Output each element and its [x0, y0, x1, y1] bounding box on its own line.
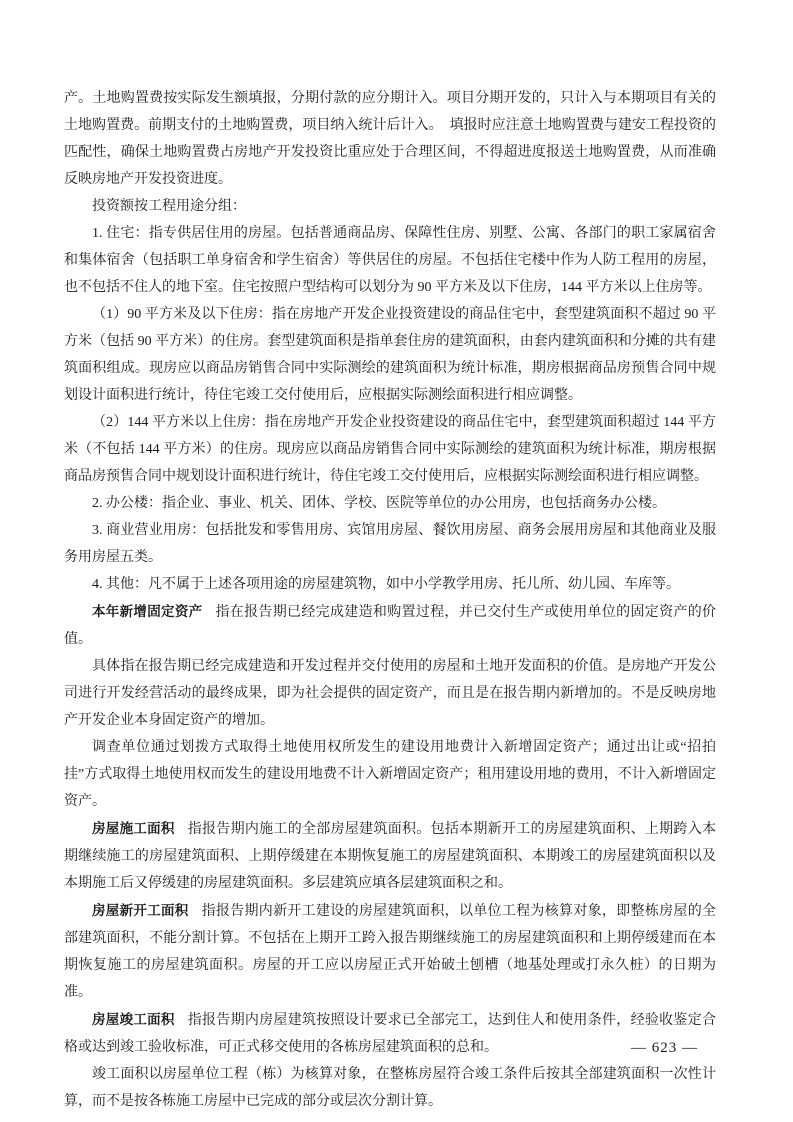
page-number: — 623 —	[631, 1040, 698, 1056]
definition-new-fixed-assets: 本年新增固定资产指在报告期已经完成建造和购置过程，并已交付生产或使用单位的固定资…	[64, 598, 716, 653]
paragraph-text: 具体指在报告期已经完成建造和开发过程并交付使用的房屋和土地开发面积的价值。是房地…	[64, 659, 716, 728]
definition-construction-area: 房屋施工面积指报告期内施工的全部房屋建筑面积。包括本期新开工的房屋建筑面积、上期…	[64, 815, 716, 897]
item-residential-90-below: （1）90 平方米及以下住房：指在房地产开发企业投资建设的商品住宅中，套型建筑面…	[64, 301, 716, 409]
page-footer: — 623 —	[631, 1038, 698, 1058]
paragraph-text: 竣工面积以房屋单位工程（栋）为核算对象，在整栋房屋符合竣工条件后按其全部建筑面积…	[64, 1067, 716, 1109]
definition-term: 本年新增固定资产	[92, 604, 202, 619]
item-residential: 1. 住宅：指专供居住用的房屋。包括普通商品房、保障性住房、别墅、公寓、各部门的…	[64, 220, 716, 301]
paragraph-text: 投资额按工程用途分组：	[92, 199, 246, 214]
item-commercial-building: 3. 商业营业用房：包括批发和零售用房、宾馆用房屋、餐饮用房屋、商务会展用房屋和…	[64, 517, 716, 571]
definition-term: 房屋竣工面积	[92, 1012, 175, 1027]
paragraph-text: （1）90 平方米及以下住房：指在房地产开发企业投资建设的商品住宅中，套型建筑面…	[64, 307, 716, 403]
paragraph-text: 4. 其他：凡不属于上述各项用途的房屋建筑物，如中小学教学用房、托儿所、幼儿园、…	[92, 577, 680, 592]
paragraph-new-fixed-assets-detail: 具体指在报告期已经完成建造和开发过程并交付使用的房屋和土地开发面积的价值。是房地…	[64, 653, 716, 734]
paragraph-text: （2）144 平方米以上住房：指在房地产开发企业投资建设的商品住宅中，套型建筑面…	[64, 415, 716, 484]
paragraph-text: 1. 住宅：指专供居住用的房屋。包括普通商品房、保障性住房、别墅、公寓、各部门的…	[64, 226, 716, 295]
paragraph-completion-calculation: 竣工面积以房屋单位工程（栋）为核算对象，在整栋房屋符合竣工条件后按其全部建筑面积…	[64, 1061, 716, 1115]
definition-term: 房屋施工面积	[92, 821, 175, 836]
document-body: 产。土地购置费按实际发生额填报，分期付款的应分期计入。项目分期开发的，只计入与本…	[64, 85, 716, 1115]
definition-term: 房屋新开工面积	[92, 903, 189, 918]
paragraph-text: 2. 办公楼：指企业、事业、机关、团体、学校、医院等单位的办公用房，也包括商务办…	[92, 496, 666, 511]
paragraph-text: 3. 商业营业用房：包括批发和零售用房、宾馆用房屋、餐饮用房屋、商务会展用房屋和…	[64, 523, 716, 565]
paragraph-text: 调查单位通过划拨方式取得土地使用权所发生的建设用地费计入新增固定资产；通过出让或…	[64, 740, 716, 809]
item-office-building: 2. 办公楼：指企业、事业、机关、团体、学校、医院等单位的办公用房，也包括商务办…	[64, 490, 716, 517]
paragraph-land-use-fee-rule: 调查单位通过划拨方式取得土地使用权所发生的建设用地费计入新增固定资产；通过出让或…	[64, 734, 716, 815]
paragraph-land-purchase-fee: 产。土地购置费按实际发生额填报，分期付款的应分期计入。项目分期开发的，只计入与本…	[64, 85, 716, 193]
item-other-building: 4. 其他：凡不属于上述各项用途的房屋建筑物，如中小学教学用房、托儿所、幼儿园、…	[64, 571, 716, 598]
paragraph-text: 指报告期内新开工建设的房屋建筑面积，以单位工程为核算对象，即整栋房屋的全部建筑面…	[64, 904, 716, 1000]
definition-completed-area: 房屋竣工面积指报告期内房屋建筑按照设计要求已全部完工，达到住人和使用条件，经验收…	[64, 1006, 716, 1061]
definition-new-start-area: 房屋新开工面积指报告期内新开工建设的房屋建筑面积，以单位工程为核算对象，即整栋房…	[64, 897, 716, 1006]
document-page: 产。土地购置费按实际发生额填报，分期付款的应分期计入。项目分期开发的，只计入与本…	[0, 0, 793, 1122]
item-residential-144-above: （2）144 平方米以上住房：指在房地产开发企业投资建设的商品住宅中，套型建筑面…	[64, 409, 716, 490]
heading-investment-by-use: 投资额按工程用途分组：	[64, 193, 716, 220]
paragraph-text: 产。土地购置费按实际发生额填报，分期付款的应分期计入。项目分期开发的，只计入与本…	[64, 91, 716, 187]
